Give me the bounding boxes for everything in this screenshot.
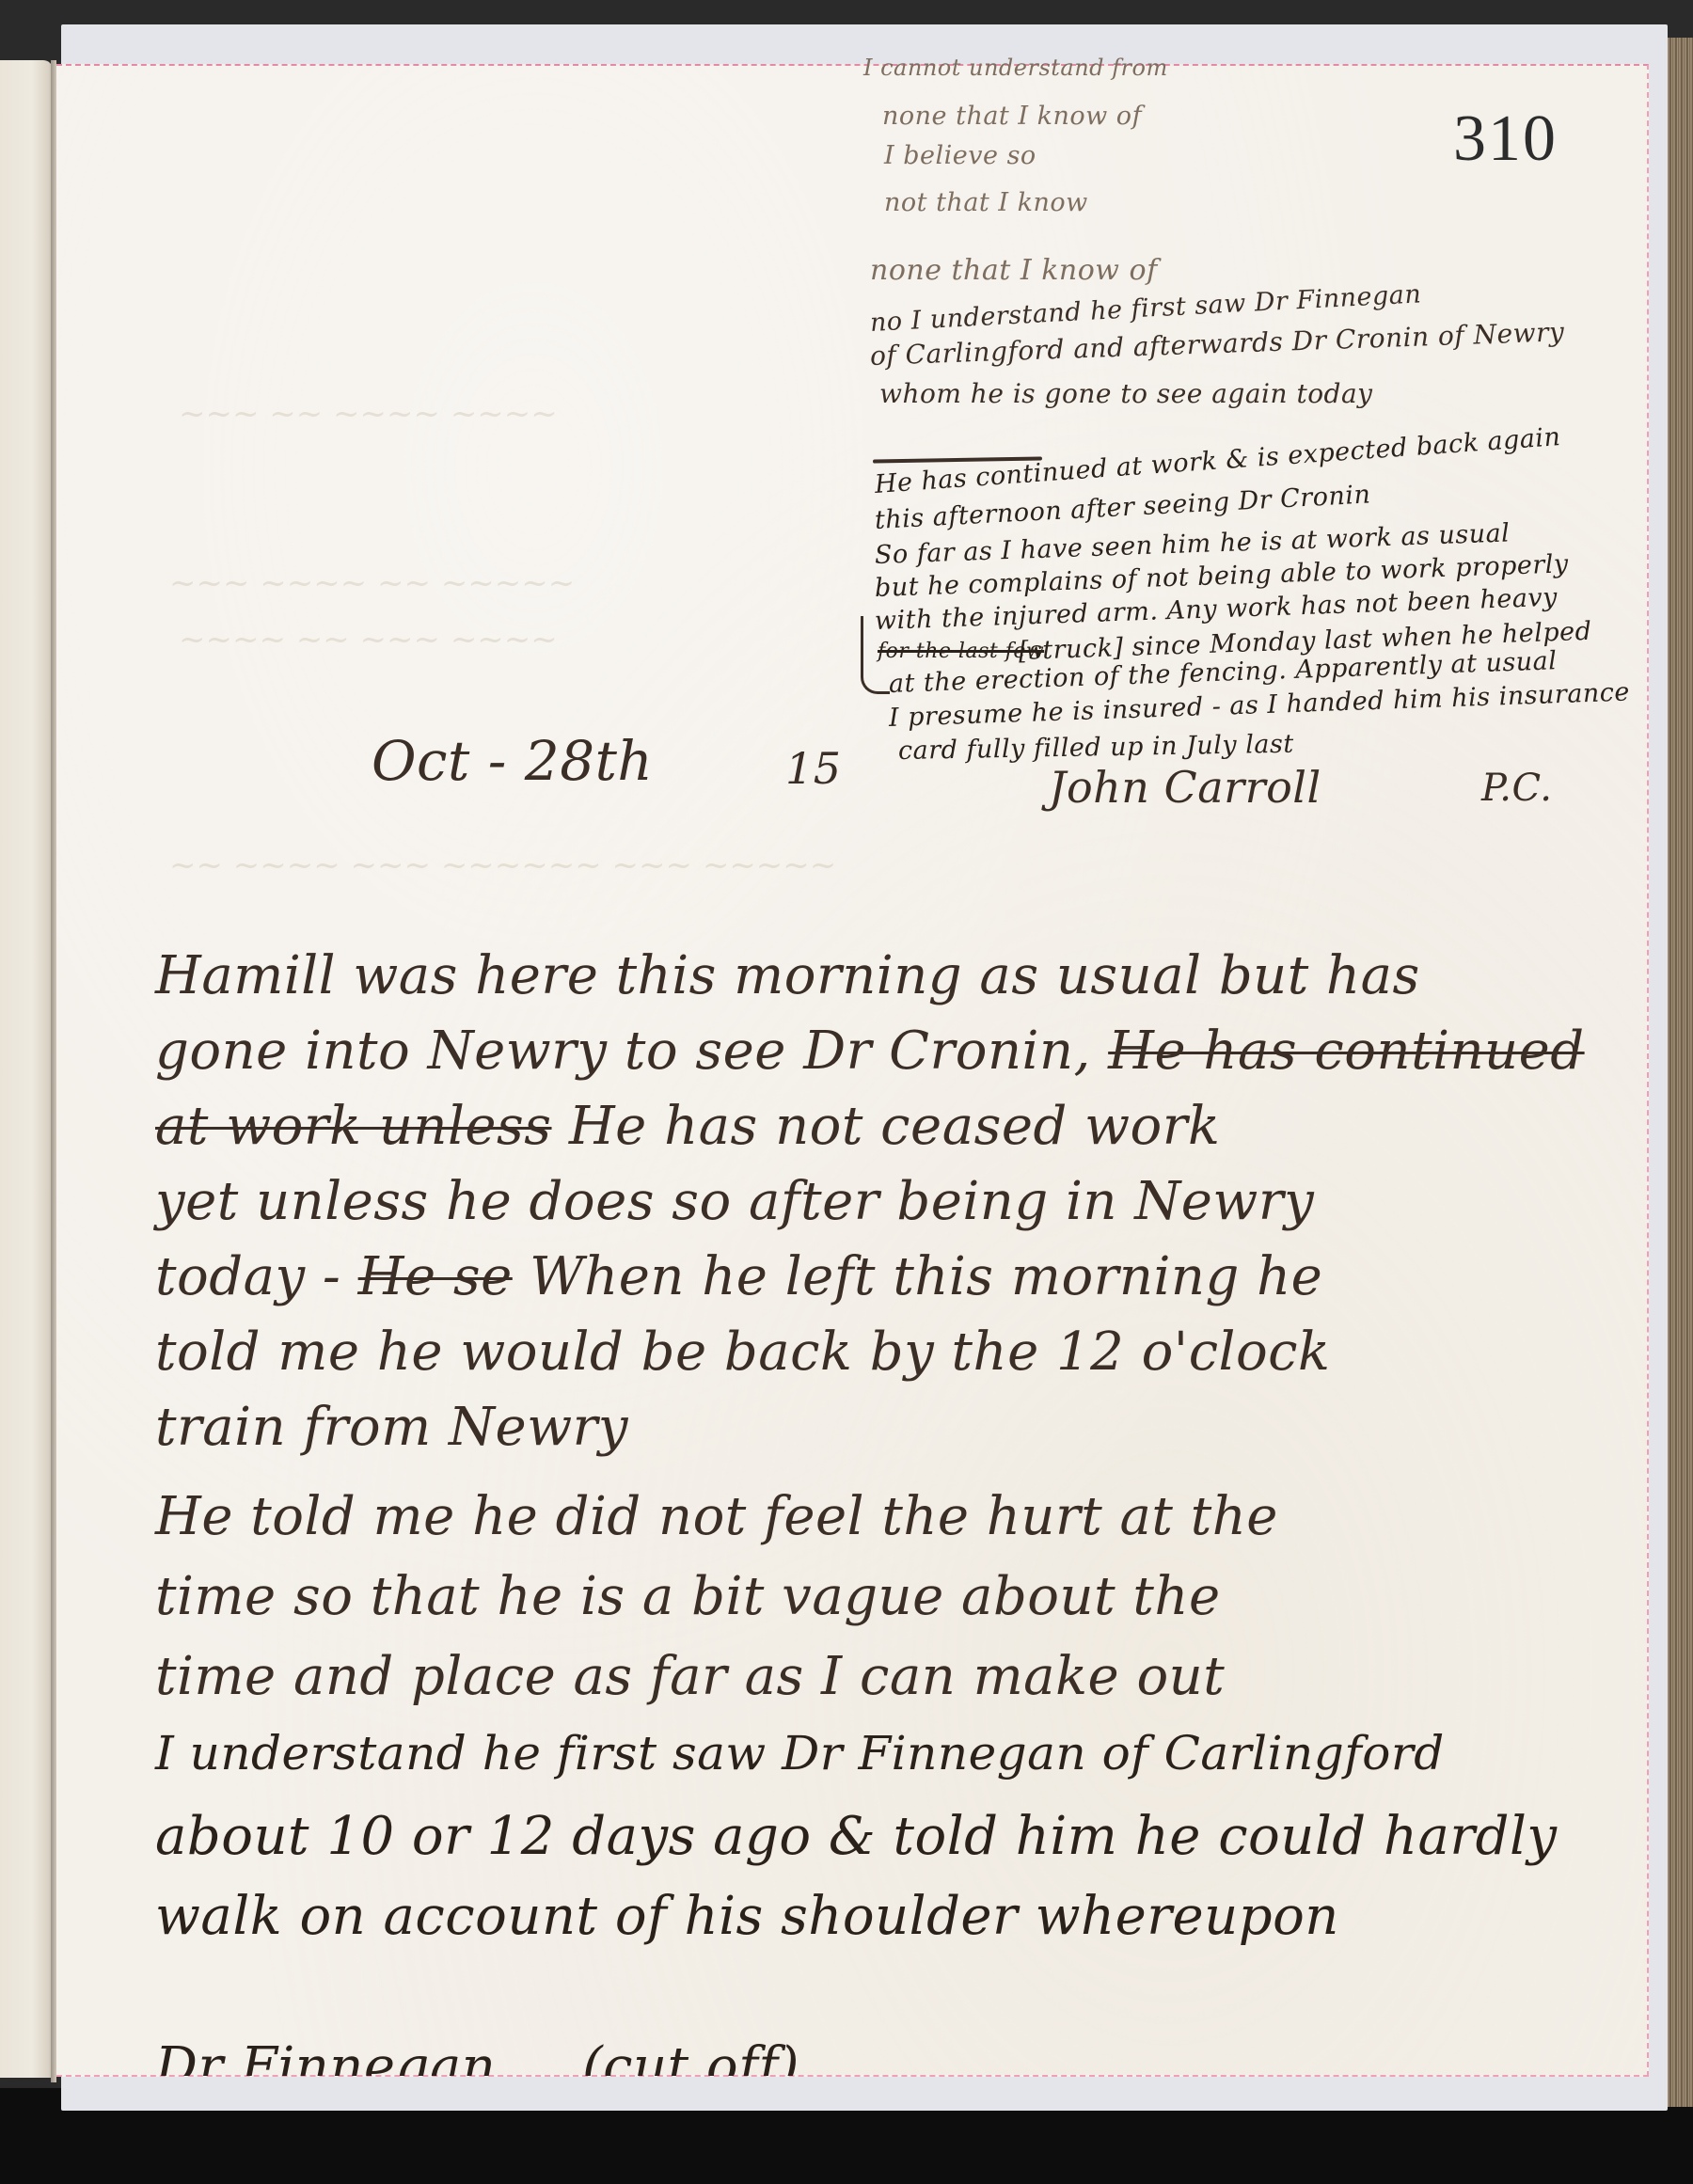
report-year: 15 [785, 743, 842, 794]
marginal-answer: not that I know [884, 188, 1088, 217]
marginal-answer: none that I know of [870, 254, 1158, 287]
body-text: When he left this morning he [530, 1246, 1322, 1307]
bleed-through-text: ~~~~ ~~ ~~~ ~~~~ [179, 621, 558, 658]
body-line: time so that he is a bit vague about the [155, 1566, 1221, 1627]
body-line: today - He se When he left this morning … [155, 1246, 1322, 1307]
marginal-answer: whom he is gone to see again today [879, 378, 1373, 409]
previous-page-edge [0, 60, 53, 2078]
body-line: walk on account of his shoulder whereupo… [155, 1886, 1339, 1947]
signature-rank: P.C. [1481, 767, 1552, 810]
page-stack-edge [1667, 38, 1693, 2107]
body-line: yet unless he does so after being in New… [155, 1171, 1314, 1232]
struck-text: He se [358, 1246, 513, 1307]
body-text: today - [155, 1246, 340, 1307]
body-line: at work unless He has not ceased work [155, 1096, 1220, 1157]
body-line: Hamill was here this morning as usual bu… [155, 945, 1420, 1006]
body-line-cut-off: Dr Finnegan ... (cut off) [155, 2036, 799, 2076]
marginal-answer: none that I know of [882, 102, 1142, 131]
bleed-through-text: ~~~ ~~ ~~~~ ~~~~ [179, 395, 558, 433]
body-line: told me he would be back by the 12 o'clo… [155, 1321, 1330, 1383]
body-text: He has not ceased work [569, 1096, 1221, 1157]
struck-text: at work unless [155, 1096, 552, 1157]
signature-name: John Carroll [1049, 762, 1321, 813]
body-text: gone into Newry to see Dr Cronin, [155, 1021, 1091, 1082]
folio-number: 310 [1453, 102, 1558, 177]
body-line: time and place as far as I can make out [155, 1646, 1225, 1707]
report-date: Oct - 28th [372, 729, 653, 793]
bleed-through-text: ~~~ ~~~~ ~~ ~~~~~ [169, 564, 575, 602]
margin-bracket [861, 616, 890, 694]
body-line: gone into Newry to see Dr Cronin, He has… [155, 1021, 1585, 1082]
marginal-answer: I cannot understand from [863, 55, 1168, 81]
struck-text: He has continued [1108, 1021, 1584, 1082]
bleed-through-text: ~~ ~~~~ ~~~ ~~~~~~ ~~~ ~~~~~ [169, 847, 836, 884]
body-line: train from Newry [155, 1397, 628, 1458]
body-line: about 10 or 12 days ago & told him he co… [155, 1806, 1558, 1867]
marginal-answer: I believe so [884, 141, 1036, 170]
body-line: He told me he did not feel the hurt at t… [155, 1486, 1278, 1547]
body-line: I understand he first saw Dr Finnegan of… [155, 1726, 1445, 1780]
